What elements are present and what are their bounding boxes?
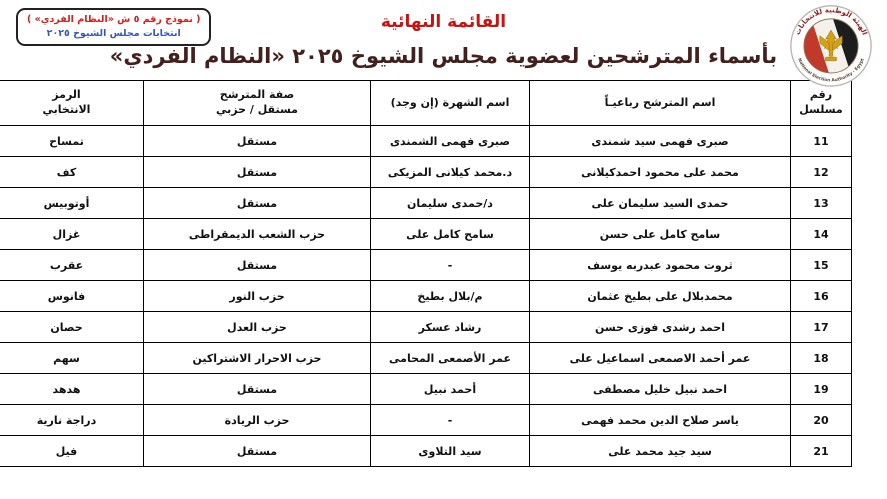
table-row: 20ياسر صلاح الدين محمد فهمى-حزب الريادةد… xyxy=(0,405,852,436)
table-header: رقم مسلسل اسم المترشح رباعيـاً اسم الشهر… xyxy=(0,81,852,126)
final-list-document: ( نموذج رقم ٥ ش «النظام الفردي» ) انتخاب… xyxy=(0,0,887,499)
cell-serial: 13 xyxy=(791,188,852,219)
cell-full-name: احمد نبيل خليل مصطفى xyxy=(530,374,791,405)
election-authority-emblem-icon: الهيئة الوطنية للانتخابات National Elect… xyxy=(789,2,873,92)
table-row: 12محمد على محمود احمدكيلانىد.محمد كيلانى… xyxy=(0,157,852,188)
cell-status: مستقل xyxy=(144,157,371,188)
cell-symbol: عقرب xyxy=(0,250,144,281)
cell-serial: 16 xyxy=(791,281,852,312)
cell-known-name: أحمد نبيل xyxy=(371,374,530,405)
cell-status: حزب الريادة xyxy=(144,405,371,436)
cell-status: مستقل xyxy=(144,436,371,467)
table-row: 19احمد نبيل خليل مصطفىأحمد نبيلمستقلهدهد xyxy=(0,374,852,405)
cell-known-name: عمر الأصمعى المحامى xyxy=(371,343,530,374)
election-year-line: انتخابات مجلس الشيوخ ٢٠٢٥ xyxy=(27,27,200,41)
cell-status: مستقل xyxy=(144,374,371,405)
table-row: 13حمدى السيد سليمان علىد/حمدى سليمانمستق… xyxy=(0,188,852,219)
cell-symbol: هدهد xyxy=(0,374,144,405)
table-body: 11صبرى فهمى سيد شمندىصبرى فهمى الشمندىمس… xyxy=(0,126,852,467)
header-row: رقم مسلسل اسم المترشح رباعيـاً اسم الشهر… xyxy=(0,81,852,126)
cell-full-name: احمد رشدى فوزى حسن xyxy=(530,312,791,343)
table-row: 15ثروت محمود عبدربه يوسف-مستقلعقرب xyxy=(0,250,852,281)
cell-symbol: سهم xyxy=(0,343,144,374)
cell-symbol: كف xyxy=(0,157,144,188)
header-symbol: الرمز الانتخابي xyxy=(0,81,144,126)
header-full-name: اسم المترشح رباعيـاً xyxy=(530,81,791,126)
cell-full-name: سيد جيد محمد على xyxy=(530,436,791,467)
cell-serial: 14 xyxy=(791,219,852,250)
cell-symbol: تمساح xyxy=(0,126,144,157)
table-row: 11صبرى فهمى سيد شمندىصبرى فهمى الشمندىمس… xyxy=(0,126,852,157)
table-row: 18عمر أحمد الاصمعى اسماعيل علىعمر الأصمع… xyxy=(0,343,852,374)
candidates-table: رقم مسلسل اسم المترشح رباعيـاً اسم الشهر… xyxy=(0,80,852,467)
cell-status: حزب الاحرار الاشتراكين xyxy=(144,343,371,374)
cell-symbol: أوتوبيس xyxy=(0,188,144,219)
table-row: 21سيد جيد محمد علىسيد التلاوىمستقلفيل xyxy=(0,436,852,467)
cell-serial: 20 xyxy=(791,405,852,436)
cell-full-name: سامح كامل على حسن xyxy=(530,219,791,250)
cell-status: حزب الشعب الديمقراطى xyxy=(144,219,371,250)
cell-status: مستقل xyxy=(144,126,371,157)
cell-symbol: دراجة نارية xyxy=(0,405,144,436)
cell-full-name: محمد على محمود احمدكيلانى xyxy=(530,157,791,188)
cell-known-name: صبرى فهمى الشمندى xyxy=(371,126,530,157)
cell-serial: 12 xyxy=(791,157,852,188)
cell-status: مستقل xyxy=(144,188,371,219)
cell-serial: 19 xyxy=(791,374,852,405)
cell-status: حزب النور xyxy=(144,281,371,312)
cell-known-name: - xyxy=(371,405,530,436)
form-number-box: ( نموذج رقم ٥ ش «النظام الفردي» ) انتخاب… xyxy=(16,8,211,46)
cell-full-name: صبرى فهمى سيد شمندى xyxy=(530,126,791,157)
cell-serial: 11 xyxy=(791,126,852,157)
table-row: 17احمد رشدى فوزى حسنرشاد عسكرحزب العدلحص… xyxy=(0,312,852,343)
cell-full-name: ياسر صلاح الدين محمد فهمى xyxy=(530,405,791,436)
cell-serial: 17 xyxy=(791,312,852,343)
cell-known-name: م/بلال بطيخ xyxy=(371,281,530,312)
cell-symbol: فانوس xyxy=(0,281,144,312)
cell-full-name: حمدى السيد سليمان على xyxy=(530,188,791,219)
cell-known-name: سامح كامل على xyxy=(371,219,530,250)
cell-full-name: عمر أحمد الاصمعى اسماعيل على xyxy=(530,343,791,374)
header-status: صفة المترشح مستقل / حزبي xyxy=(144,81,371,126)
form-number-line: ( نموذج رقم ٥ ش «النظام الفردي» ) xyxy=(27,13,200,27)
cell-serial: 21 xyxy=(791,436,852,467)
cell-serial: 15 xyxy=(791,250,852,281)
header-known-name: اسم الشهرة (إن وجد) xyxy=(371,81,530,126)
cell-known-name: د.محمد كيلانى المزيكى xyxy=(371,157,530,188)
table-row: 16محمدبلال على بطيخ عثمانم/بلال بطيخحزب … xyxy=(0,281,852,312)
cell-symbol: حصان xyxy=(0,312,144,343)
cell-symbol: غزال xyxy=(0,219,144,250)
cell-symbol: فيل xyxy=(0,436,144,467)
cell-full-name: ثروت محمود عبدربه يوسف xyxy=(530,250,791,281)
cell-known-name: د/حمدى سليمان xyxy=(371,188,530,219)
cell-status: مستقل xyxy=(144,250,371,281)
table-row: 14سامح كامل على حسنسامح كامل علىحزب الشع… xyxy=(0,219,852,250)
cell-status: حزب العدل xyxy=(144,312,371,343)
cell-full-name: محمدبلال على بطيخ عثمان xyxy=(530,281,791,312)
cell-known-name: سيد التلاوى xyxy=(371,436,530,467)
cell-known-name: - xyxy=(371,250,530,281)
cell-known-name: رشاد عسكر xyxy=(371,312,530,343)
cell-serial: 18 xyxy=(791,343,852,374)
